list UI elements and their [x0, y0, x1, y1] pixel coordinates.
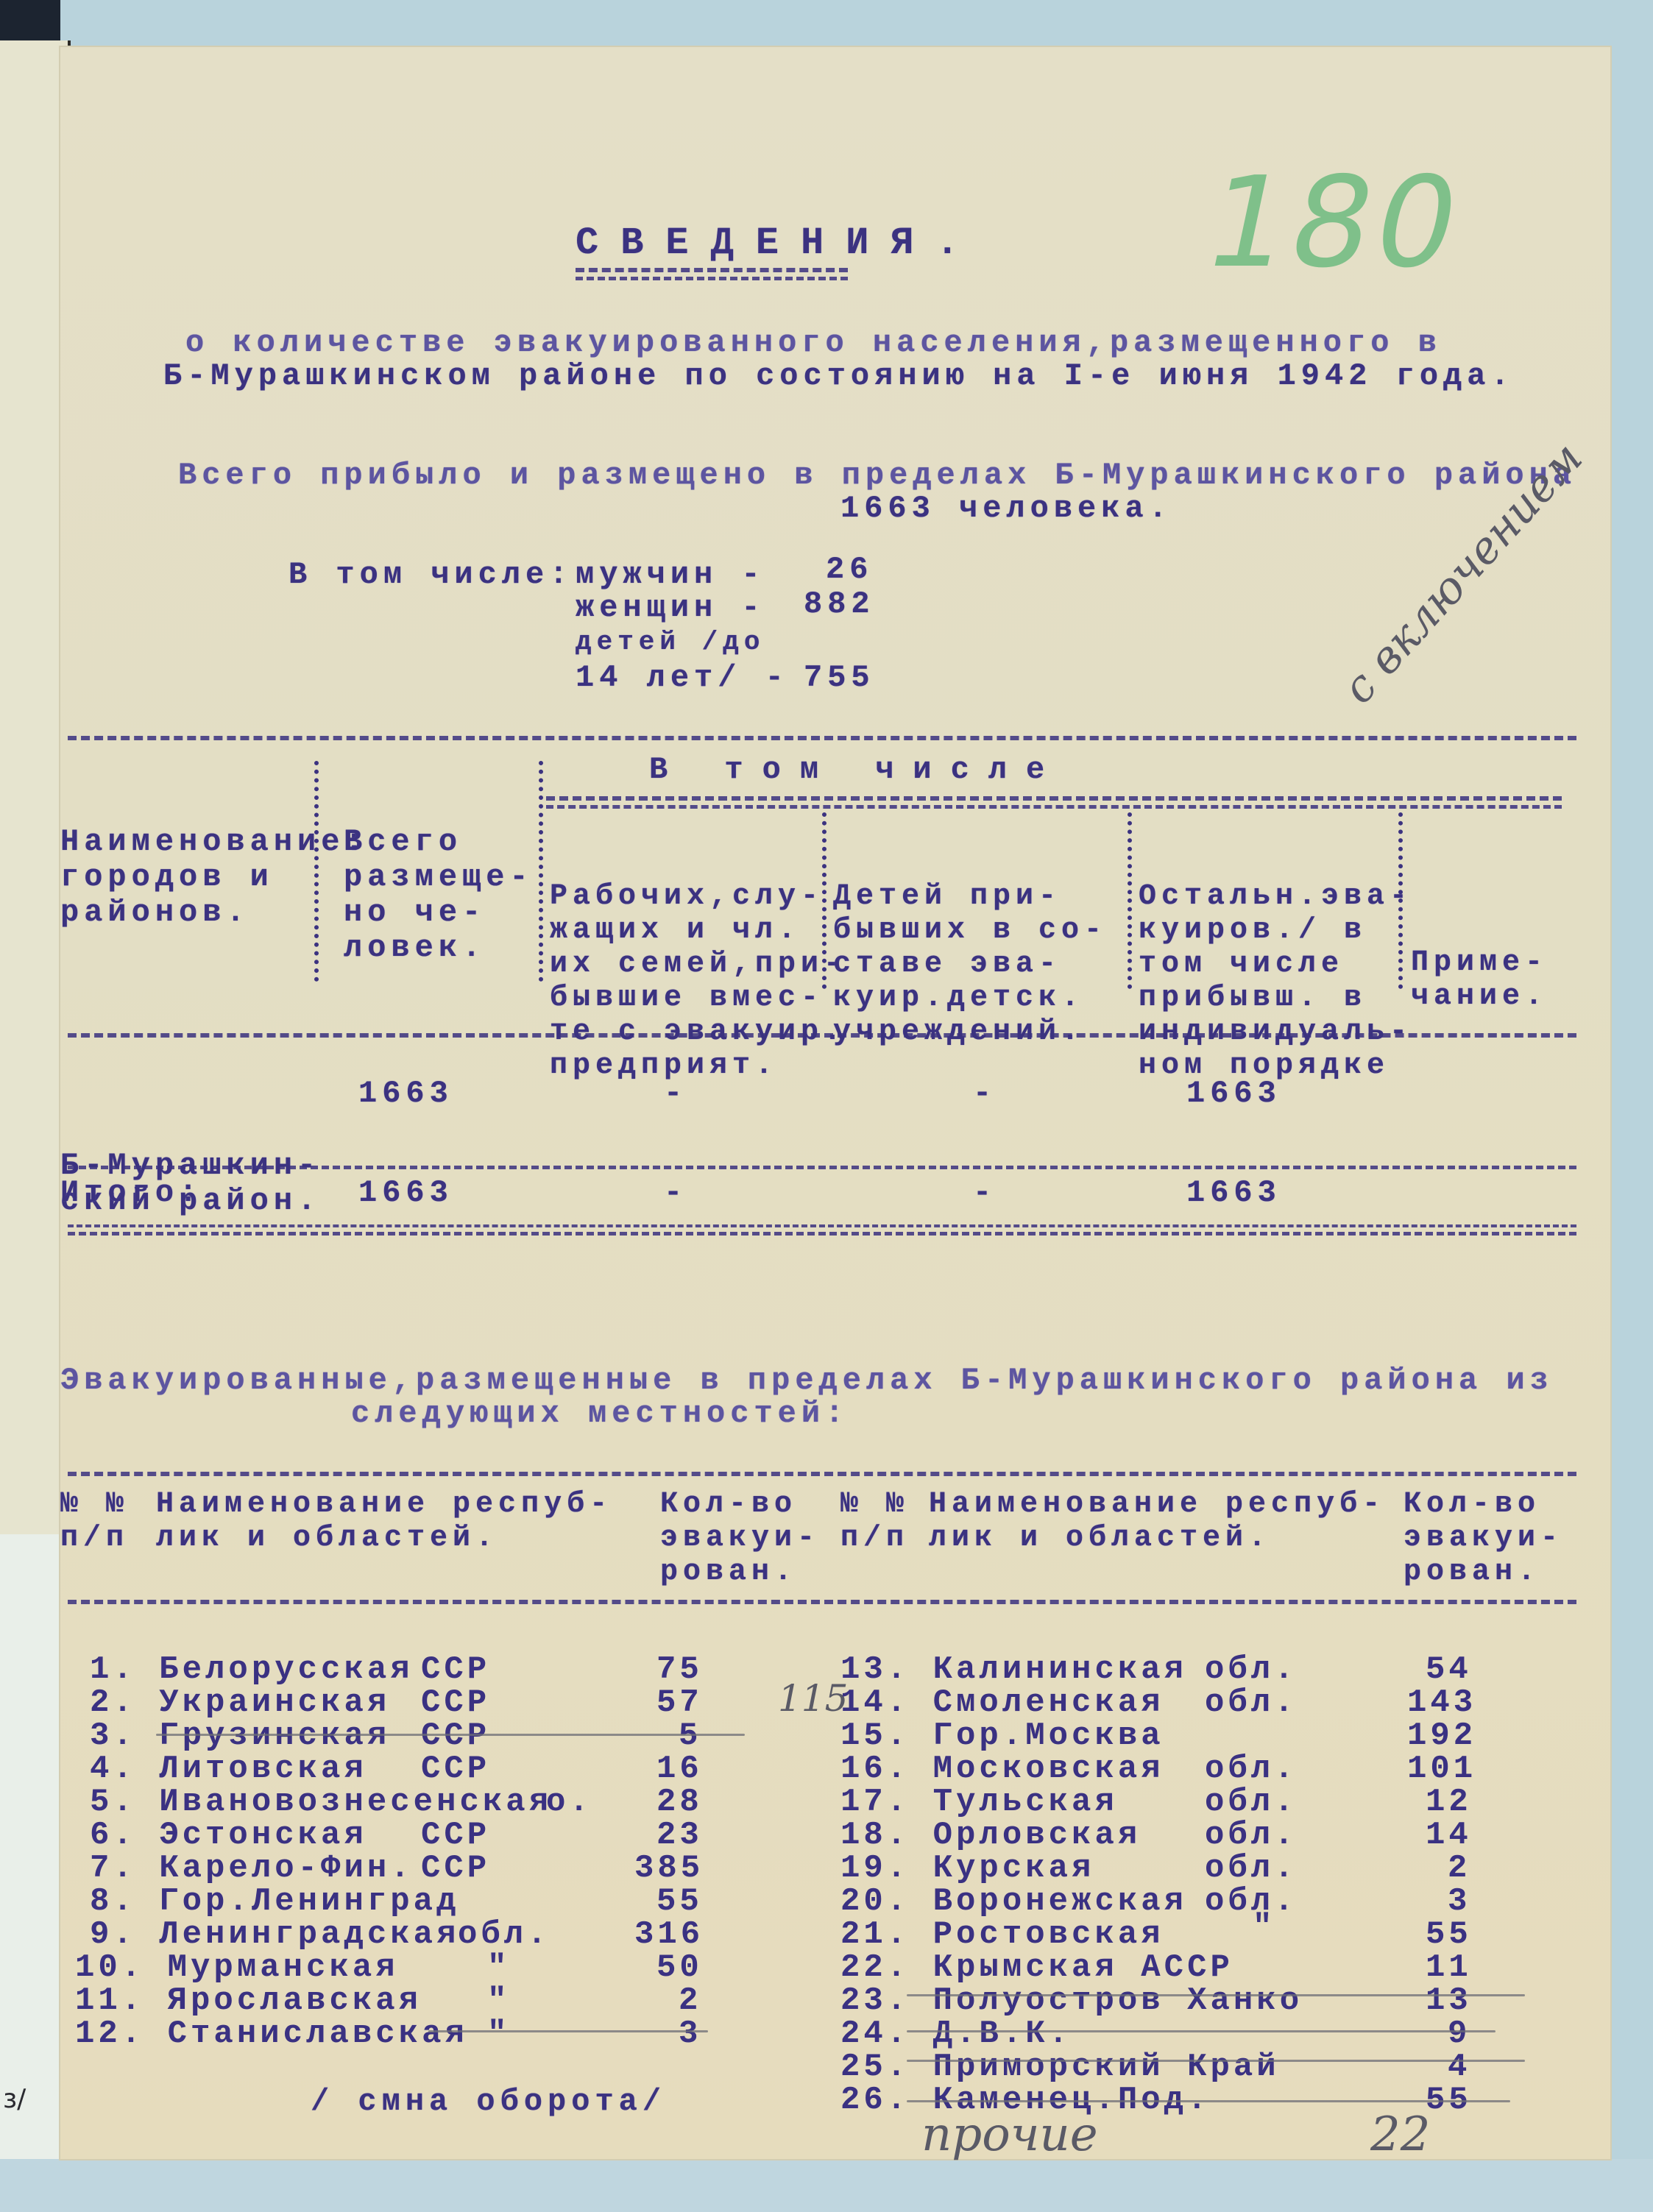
- list-item: 18. Орловская: [840, 1817, 1141, 1854]
- th2-no-left: № №п/п: [60, 1488, 129, 1556]
- strikethrough: [907, 1994, 1525, 1996]
- children-label-2: 14 лет/ -: [576, 662, 789, 694]
- column-divider: [1398, 812, 1403, 989]
- men-value: 26: [826, 553, 873, 586]
- strikethrough: [907, 2060, 1525, 2062]
- th-workers: Рабочих,слу-жащих и чл.их семей,при-бывш…: [550, 812, 846, 1151]
- list-item-type: ": [487, 1982, 510, 2019]
- subtitle-line-2: Б-Мурашкинском районе по состоянию на I-…: [163, 360, 1515, 392]
- row-children-inst: -: [973, 1077, 997, 1110]
- column-divider: [1128, 812, 1132, 989]
- pencil-other-label: прочие: [921, 2108, 1098, 2162]
- women-value: 882: [804, 588, 875, 620]
- list-item: 15. Гор.Москва: [840, 1718, 1164, 1754]
- list-item-type: обл.: [1205, 1883, 1298, 1920]
- table2-top-rule: [68, 1472, 1576, 1476]
- strikethrough: [907, 2030, 1496, 2032]
- list-item: 16. Московская: [840, 1751, 1164, 1787]
- list-item: 12. Станиславская: [75, 2016, 468, 2052]
- list-item: 25. Приморский Край: [840, 2049, 1280, 2085]
- list-item: 21. Ростовская: [840, 1916, 1164, 1953]
- list-item-type: обл.: [1205, 1850, 1298, 1887]
- list-item: 5. Ивановознесенская: [90, 1784, 552, 1821]
- list-item-type: ССР: [421, 1684, 490, 1721]
- list-item-type: ССР: [421, 1850, 490, 1887]
- list-item-count: 2: [679, 1982, 701, 2019]
- column-divider: [314, 761, 319, 982]
- list-item: 24. Д.В.К.: [840, 2016, 1072, 2052]
- th-total: Всегоразмеще-но че-ловек.: [344, 754, 534, 1036]
- list-item: 6. Эстонская: [90, 1817, 367, 1854]
- document-title: СВЕДЕНИЯ.: [576, 224, 981, 264]
- table1-bottom-rule: [68, 1224, 1576, 1227]
- list-item: 7. Карело-Фин.: [90, 1850, 414, 1887]
- list-item-type: ССР: [421, 1817, 490, 1854]
- list-item-count: 4: [1448, 2049, 1470, 2085]
- th2-count-right: Кол-воэвакуи-рован.: [1404, 1488, 1563, 1589]
- pencil-other-value: 22: [1370, 2108, 1430, 2162]
- list-item-count: 13: [1426, 1982, 1472, 2019]
- list-item-count: 14: [1426, 1817, 1472, 1854]
- row-workers: -: [664, 1077, 687, 1110]
- list-item-count: 3: [679, 2016, 701, 2052]
- list-item: 4. Литовская: [90, 1751, 367, 1787]
- list-item: 13. Калининская: [840, 1651, 1187, 1688]
- th-note: Приме-чание.: [1411, 879, 1548, 1082]
- list-item-type: обл.: [1205, 1784, 1298, 1821]
- th-group: В том числе: [649, 754, 1063, 786]
- list-item-count: 54: [1426, 1651, 1472, 1688]
- row-total: 1663: [358, 1077, 453, 1110]
- list-item: 3. Грузинская: [90, 1718, 390, 1754]
- list-item-count: 385: [634, 1850, 704, 1887]
- list-item-count: 192: [1407, 1718, 1476, 1754]
- title-underline: [576, 268, 848, 272]
- total-line-1: Всего прибыло и размещено в пределах Б-М…: [178, 459, 1576, 492]
- list-item-count: 12: [1426, 1784, 1472, 1821]
- total-workers: -: [664, 1177, 687, 1209]
- strikethrough: [907, 2100, 1510, 2102]
- margin-note: з/: [3, 2084, 26, 2114]
- strikethrough: [156, 1734, 745, 1736]
- list-item-type: обл.: [1205, 1651, 1298, 1688]
- list-item-type: ": [487, 1949, 510, 1986]
- strikethrough: [428, 2030, 708, 2032]
- column-divider: [539, 761, 543, 982]
- list-item-count: 143: [1407, 1684, 1476, 1721]
- list-item-type: обл.: [1205, 1817, 1298, 1854]
- list-item-count: 5: [679, 1718, 701, 1754]
- list-item-count: 316: [634, 1916, 704, 1953]
- row-others: 1663: [1186, 1077, 1281, 1110]
- pencil-annotation: 115: [778, 1677, 848, 1720]
- group-underline: [546, 796, 1562, 801]
- total-line-2: 1663 человека.: [840, 492, 1172, 525]
- list-item-count: 2: [1448, 1850, 1470, 1887]
- list-item: 23. Полуостров Ханко: [840, 1982, 1303, 2019]
- background-strip: [0, 2159, 1653, 2212]
- section2-intro-2: следующих местностей:: [351, 1397, 849, 1430]
- list-item-type: обл.: [1205, 1751, 1298, 1787]
- th-children-inst: Детей при-бывших в со-ставе эва-куир.дет…: [833, 812, 1107, 1117]
- column-divider: [822, 812, 826, 989]
- list-item-count: 57: [656, 1684, 703, 1721]
- total-children-inst: -: [973, 1177, 997, 1209]
- list-item-count: 3: [1448, 1883, 1470, 1920]
- total-others: 1663: [1186, 1177, 1281, 1209]
- section2-intro-1: Эвакуированные,размещенные в пределах Б-…: [60, 1364, 1554, 1397]
- list-item-type: обл.: [1205, 1684, 1298, 1721]
- list-item-type: ССР: [421, 1718, 490, 1754]
- men-label: мужчин -: [576, 559, 765, 591]
- children-value: 755: [804, 662, 875, 694]
- list-item: 17. Тульская: [840, 1784, 1118, 1821]
- document-sheet: 180 СВЕДЕНИЯ. о количестве эвакуированно…: [60, 47, 1610, 2159]
- list-item: 22. Крымская АССР: [840, 1949, 1233, 1986]
- total-total: 1663: [358, 1177, 453, 1209]
- list-item-count: 55: [1426, 1916, 1472, 1953]
- table1-header-rule: [68, 1033, 1576, 1038]
- list-item: 10. Мурманская: [75, 1949, 399, 1986]
- list-item-count: 101: [1407, 1751, 1476, 1787]
- list-item-type: ССР: [421, 1651, 490, 1688]
- th2-no-right: № №п/п: [840, 1488, 909, 1556]
- list-item-type: ССР: [421, 1751, 490, 1787]
- list-item-type: ": [487, 2016, 510, 2052]
- list-item-type: обл.: [458, 1916, 551, 1953]
- list-item-count: 55: [656, 1883, 703, 1920]
- list-item: 11. Ярославская: [75, 1982, 422, 2019]
- list-item-count: 50: [656, 1949, 703, 1986]
- list-item-count: 16: [656, 1751, 703, 1787]
- binder-corner: [0, 0, 60, 43]
- footer-turn-over: / смна оборота/: [311, 2085, 666, 2118]
- children-label-1: детей /до: [576, 628, 765, 656]
- list-item: 2. Украинская: [90, 1684, 390, 1721]
- th2-name-left: Наименование респуб-лик и областей.: [156, 1488, 612, 1556]
- breakdown-label: В том числе:: [289, 559, 573, 591]
- list-item: 9. Ленинградская: [90, 1916, 459, 1953]
- subtitle-line-1: о количестве эвакуированного населения,р…: [185, 327, 1442, 359]
- women-label: женщин -: [576, 592, 765, 624]
- list-item: 20. Воронежская: [840, 1883, 1187, 1920]
- table2-header-rule: [68, 1600, 1576, 1604]
- list-item: 19. Курская: [840, 1850, 1094, 1887]
- page-number-handwritten: 180: [1193, 150, 1476, 296]
- th2-name-right: Наименование респуб-лик и областей.: [929, 1488, 1385, 1556]
- list-item-count: 23: [656, 1817, 703, 1854]
- list-item: 8. Гор.Ленинград: [90, 1883, 459, 1920]
- list-item: 1. Белорусская: [90, 1651, 414, 1688]
- th2-count-left: Кол-воэвакуи-рован.: [660, 1488, 820, 1589]
- th-name: Наименование:городов ирайонов.: [60, 754, 369, 1001]
- list-item-type: о.: [546, 1784, 592, 1821]
- table1-top-rule: [68, 736, 1576, 740]
- total-label: Итого:: [60, 1177, 202, 1209]
- list-item-count: 9: [1448, 2016, 1470, 2052]
- row-divider: [68, 1166, 1576, 1169]
- list-item-type: ": [1253, 1909, 1275, 1946]
- list-item-count: 11: [1426, 1949, 1472, 1986]
- list-item-count: 28: [656, 1784, 703, 1821]
- list-item: 14. Смоленская: [840, 1684, 1164, 1721]
- list-item-count: 75: [656, 1651, 703, 1688]
